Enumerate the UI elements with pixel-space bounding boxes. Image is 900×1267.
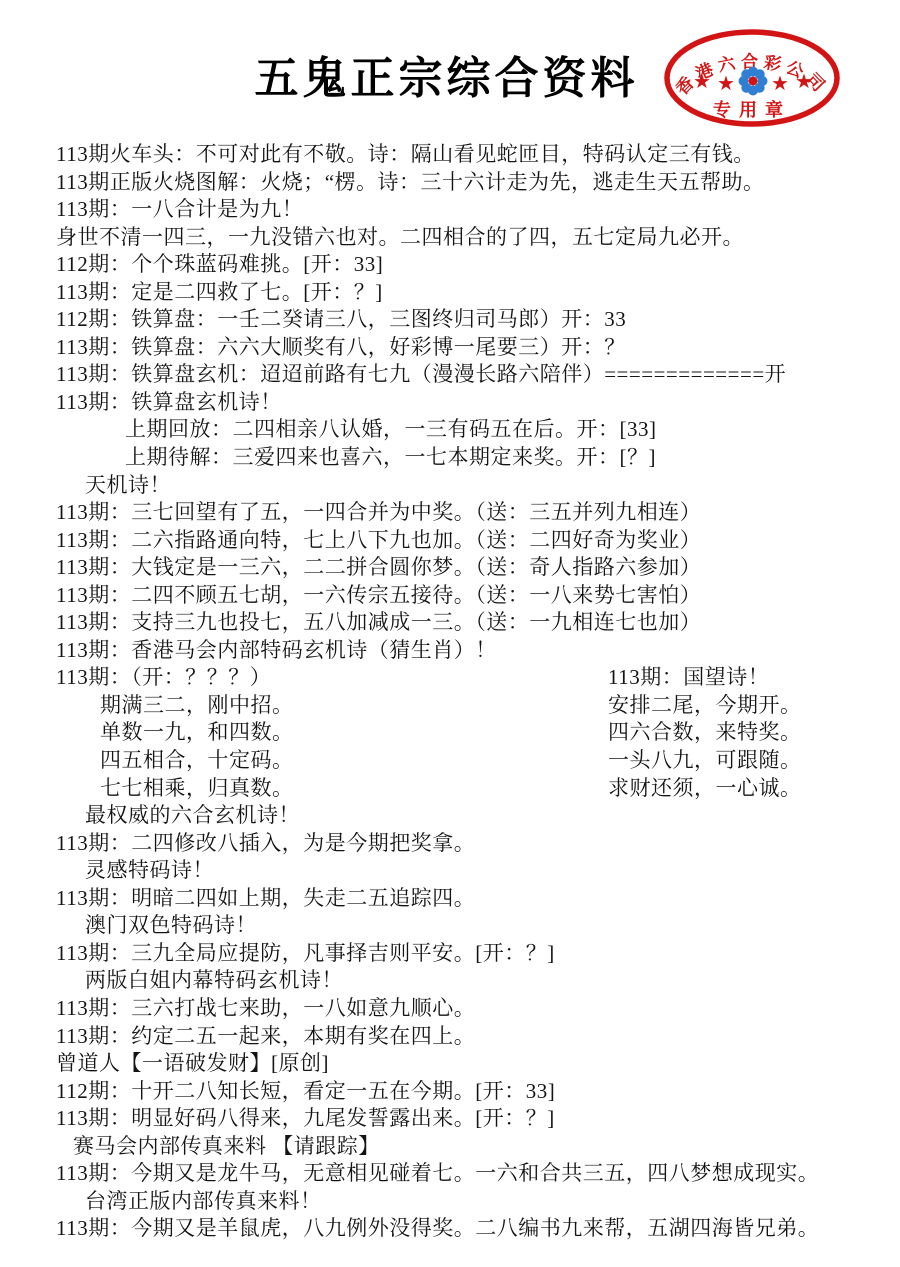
line-text: 113期：三六打战七来助，一八如意九顺心。 — [56, 995, 475, 1023]
flower-center — [749, 77, 758, 86]
line-text: 上期回放：二四相亲八认婚，一三有码五在后。开：[33] — [125, 416, 656, 444]
text-lines: 113期火车头：不可对此有不敬。诗：隔山看见蛇匝目，特码认定三有钱。113期正版… — [0, 141, 900, 1243]
text-line: 期满三二，刚中招。安排二尾，今期开。 — [0, 692, 900, 720]
line-text: 113期：明暗二四如上期，失走二五追踪四。 — [56, 885, 475, 913]
line-text: 113期：约定二五一起来，本期有奖在四上。 — [56, 1023, 475, 1051]
line-text: 澳门双色特码诗！ — [85, 912, 257, 940]
right-column-text: 安排二尾，今期开。 — [608, 692, 802, 720]
right-column-text: 一头八九，可跟随。 — [608, 747, 802, 775]
stamp-bottom-text: 专用章 — [713, 99, 791, 120]
text-line: 113期：明暗二四如上期，失走二五追踪四。 — [0, 885, 900, 913]
text-line: 113期：（开：？？？）113期：国望诗！ — [0, 664, 900, 692]
text-line: 113期：铁算盘：六六大顺奖有八，好彩博一尾要三）开：？ — [0, 334, 900, 362]
right-column-text: 四六合数，来特奖。 — [608, 719, 802, 747]
text-line: 上期回放：二四相亲八认婚，一三有码五在后。开：[33] — [0, 416, 900, 444]
line-text: 七七相乘，归真数。 — [100, 775, 294, 803]
line-text: 113期：二四修改八插入，为是今期把奖拿。 — [56, 830, 475, 858]
text-line: 113期：大钱定是一三六，二二拼合圆你梦。（送：奇人指路六参加） — [0, 554, 900, 582]
star-icon: ★ — [693, 71, 711, 93]
text-line: 112期：十开二八知长短，看定一五在今期。[开：33] — [0, 1078, 900, 1106]
text-line: 113期火车头：不可对此有不敬。诗：隔山看见蛇匝目，特码认定三有钱。 — [0, 141, 900, 169]
text-line: 113期：支持三九也投七，五八加减成一三。（送：一九相连七也加） — [0, 609, 900, 637]
text-line: 113期正版火烧图解：火烧；“楞。诗：三十六计走为先，逃走生天五帮助。 — [0, 169, 900, 197]
text-line: 112期：个个珠蓝码难挑。[开：33] — [0, 251, 900, 279]
line-text: 身世不清一四三，一九没错六也对。二四相合的了四，五七定局九必开。 — [56, 224, 744, 252]
line-text: 赛马会内部传真来料 【请跟踪】 — [73, 1133, 380, 1161]
line-text: 113期：铁算盘：六六大顺奖有八，好彩博一尾要三）开：？ — [56, 334, 626, 362]
line-text: 台湾正版内部传真来料！ — [85, 1188, 322, 1216]
line-text: 113期正版火烧图解：火烧；“楞。诗：三十六计走为先，逃走生天五帮助。 — [56, 169, 765, 197]
line-text: 四五相合，十定码。 — [100, 747, 294, 775]
text-line: 最权威的六合玄机诗！ — [0, 802, 900, 830]
text-line: 113期：香港马会内部特码玄机诗（猜生肖）！ — [0, 637, 900, 665]
text-line: 113期：铁算盘玄机：迢迢前路有七九（漫漫长路六陪伴）=============… — [0, 361, 900, 389]
text-line: 113期：一八合计是为九！ — [0, 196, 900, 224]
text-line: 113期：三九全局应提防，凡事择吉则平安。[开：？] — [0, 940, 900, 968]
text-line: 台湾正版内部传真来料！ — [0, 1188, 900, 1216]
text-line: 113期：二四不顾五七胡，一六传宗五接待。（送：一八来势七害怕） — [0, 582, 900, 610]
text-line: 112期：铁算盘：一壬二癸请三八，三图终归司马郎）开：33 — [0, 306, 900, 334]
line-text: 113期：大钱定是一三六，二二拼合圆你梦。（送：奇人指路六参加） — [56, 554, 701, 582]
line-text: 期满三二，刚中招。 — [100, 692, 294, 720]
text-line: 113期：今期又是龙牛马，无意相见碰着七。一六和合共三五，四八梦想成现实。 — [0, 1160, 900, 1188]
line-text: 最权威的六合玄机诗！ — [85, 802, 300, 830]
text-line: 单数一九，和四数。四六合数，来特奖。 — [0, 719, 900, 747]
text-line: 113期：约定二五一起来，本期有奖在四上。 — [0, 1023, 900, 1051]
text-line: 113期：今期又是羊鼠虎，八九例外没得奖。二八编书九来帮，五湖四海皆兄弟。 — [0, 1215, 900, 1243]
right-column-text: 113期：国望诗！ — [608, 664, 769, 692]
line-text: 灵感特码诗！ — [85, 857, 214, 885]
text-line: 七七相乘，归真数。求财还须，一心诚。 — [0, 775, 900, 803]
line-text: 112期：十开二八知长短，看定一五在今期。[开：33] — [56, 1078, 555, 1106]
line-text: 113期：三七回望有了五，一四合并为中奖。（送：三五并列九相连） — [56, 499, 701, 527]
star-icon: ★ — [771, 73, 789, 95]
text-line: 113期：三七回望有了五，一四合并为中奖。（送：三五并列九相连） — [0, 499, 900, 527]
text-line: 113期：三六打战七来助，一八如意九顺心。 — [0, 995, 900, 1023]
line-text: 113期：二六指路通向特，七上八下九也加。（送：二四好奇为奖业） — [56, 527, 701, 555]
text-line: 天机诗！ — [0, 472, 900, 500]
text-line: 澳门双色特码诗！ — [0, 912, 900, 940]
text-line: 身世不清一四三，一九没错六也对。二四相合的了四，五七定局九必开。 — [0, 224, 900, 252]
text-line: 曾道人【一语破发财】[原创] — [0, 1050, 900, 1078]
stamp-graphic: 香港六合彩公司 ★ ★ ★ ★ 专用章 — [656, 26, 848, 130]
star-icon: ★ — [717, 73, 735, 95]
line-text: 曾道人【一语破发财】[原创] — [56, 1050, 329, 1078]
text-line: 113期：二六指路通向特，七上八下九也加。（送：二四好奇为奖业） — [0, 527, 900, 555]
line-text: 上期待解：三爱四来也喜六，一七本期定来奖。开：[？] — [125, 444, 656, 472]
line-text: 113期：铁算盘玄机：迢迢前路有七九（漫漫长路六陪伴）=============… — [56, 361, 786, 389]
text-line: 灵感特码诗！ — [0, 857, 900, 885]
text-line: 113期：明显好码八得来，九尾发誓露出来。[开：？] — [0, 1105, 900, 1133]
text-line: 113期：铁算盘玄机诗！ — [0, 389, 900, 417]
line-text: 112期：个个珠蓝码难挑。[开：33] — [56, 251, 383, 279]
line-text: 天机诗！ — [85, 472, 171, 500]
line-text: 113期：今期又是羊鼠虎，八九例外没得奖。二八编书九来帮，五湖四海皆兄弟。 — [56, 1215, 819, 1243]
right-column-text: 求财还须，一心诚。 — [608, 775, 802, 803]
line-text: 113期：定是二四救了七。[开：？] — [56, 279, 383, 307]
line-text: 单数一九，和四数。 — [100, 719, 294, 747]
line-text: 113期：香港马会内部特码玄机诗（猜生肖）！ — [56, 637, 497, 665]
line-text: 113期：（开：？？？） — [56, 664, 271, 692]
line-text: 113期：明显好码八得来，九尾发誓露出来。[开：？] — [56, 1105, 555, 1133]
text-line: 上期待解：三爱四来也喜六，一七本期定来奖。开：[？] — [0, 444, 900, 472]
line-text: 113期：一八合计是为九！ — [56, 196, 303, 224]
text-line: 113期：定是二四救了七。[开：？] — [0, 279, 900, 307]
line-text: 113期：铁算盘玄机诗！ — [56, 389, 282, 417]
line-text: 113期：支持三九也投七，五八加减成一三。（送：一九相连七也加） — [56, 609, 701, 637]
company-stamp: 香港六合彩公司 ★ ★ ★ ★ 专用章 — [656, 26, 848, 130]
text-line: 四五相合，十定码。一头八九，可跟随。 — [0, 747, 900, 775]
line-text: 两版白姐内幕特码玄机诗！ — [85, 967, 343, 995]
lottery-info-sheet: 五鬼正宗综合资料 香港六合彩公司 ★ ★ ★ ★ 专用章 — [0, 0, 900, 1267]
line-text: 113期：三九全局应提防，凡事择吉则平安。[开：？] — [56, 940, 555, 968]
text-line: 113期：二四修改八插入，为是今期把奖拿。 — [0, 830, 900, 858]
line-text: 113期：今期又是龙牛马，无意相见碰着七。一六和合共三五，四八梦想成现实。 — [56, 1160, 819, 1188]
star-icon: ★ — [795, 71, 813, 93]
line-text: 113期火车头：不可对此有不敬。诗：隔山看见蛇匝目，特码认定三有钱。 — [56, 141, 755, 169]
text-line: 赛马会内部传真来料 【请跟踪】 — [0, 1133, 900, 1161]
line-text: 112期：铁算盘：一壬二癸请三八，三图终归司马郎）开：33 — [56, 306, 626, 334]
text-line: 两版白姐内幕特码玄机诗！ — [0, 967, 900, 995]
line-text: 113期：二四不顾五七胡，一六传宗五接待。（送：一八来势七害怕） — [56, 582, 701, 610]
